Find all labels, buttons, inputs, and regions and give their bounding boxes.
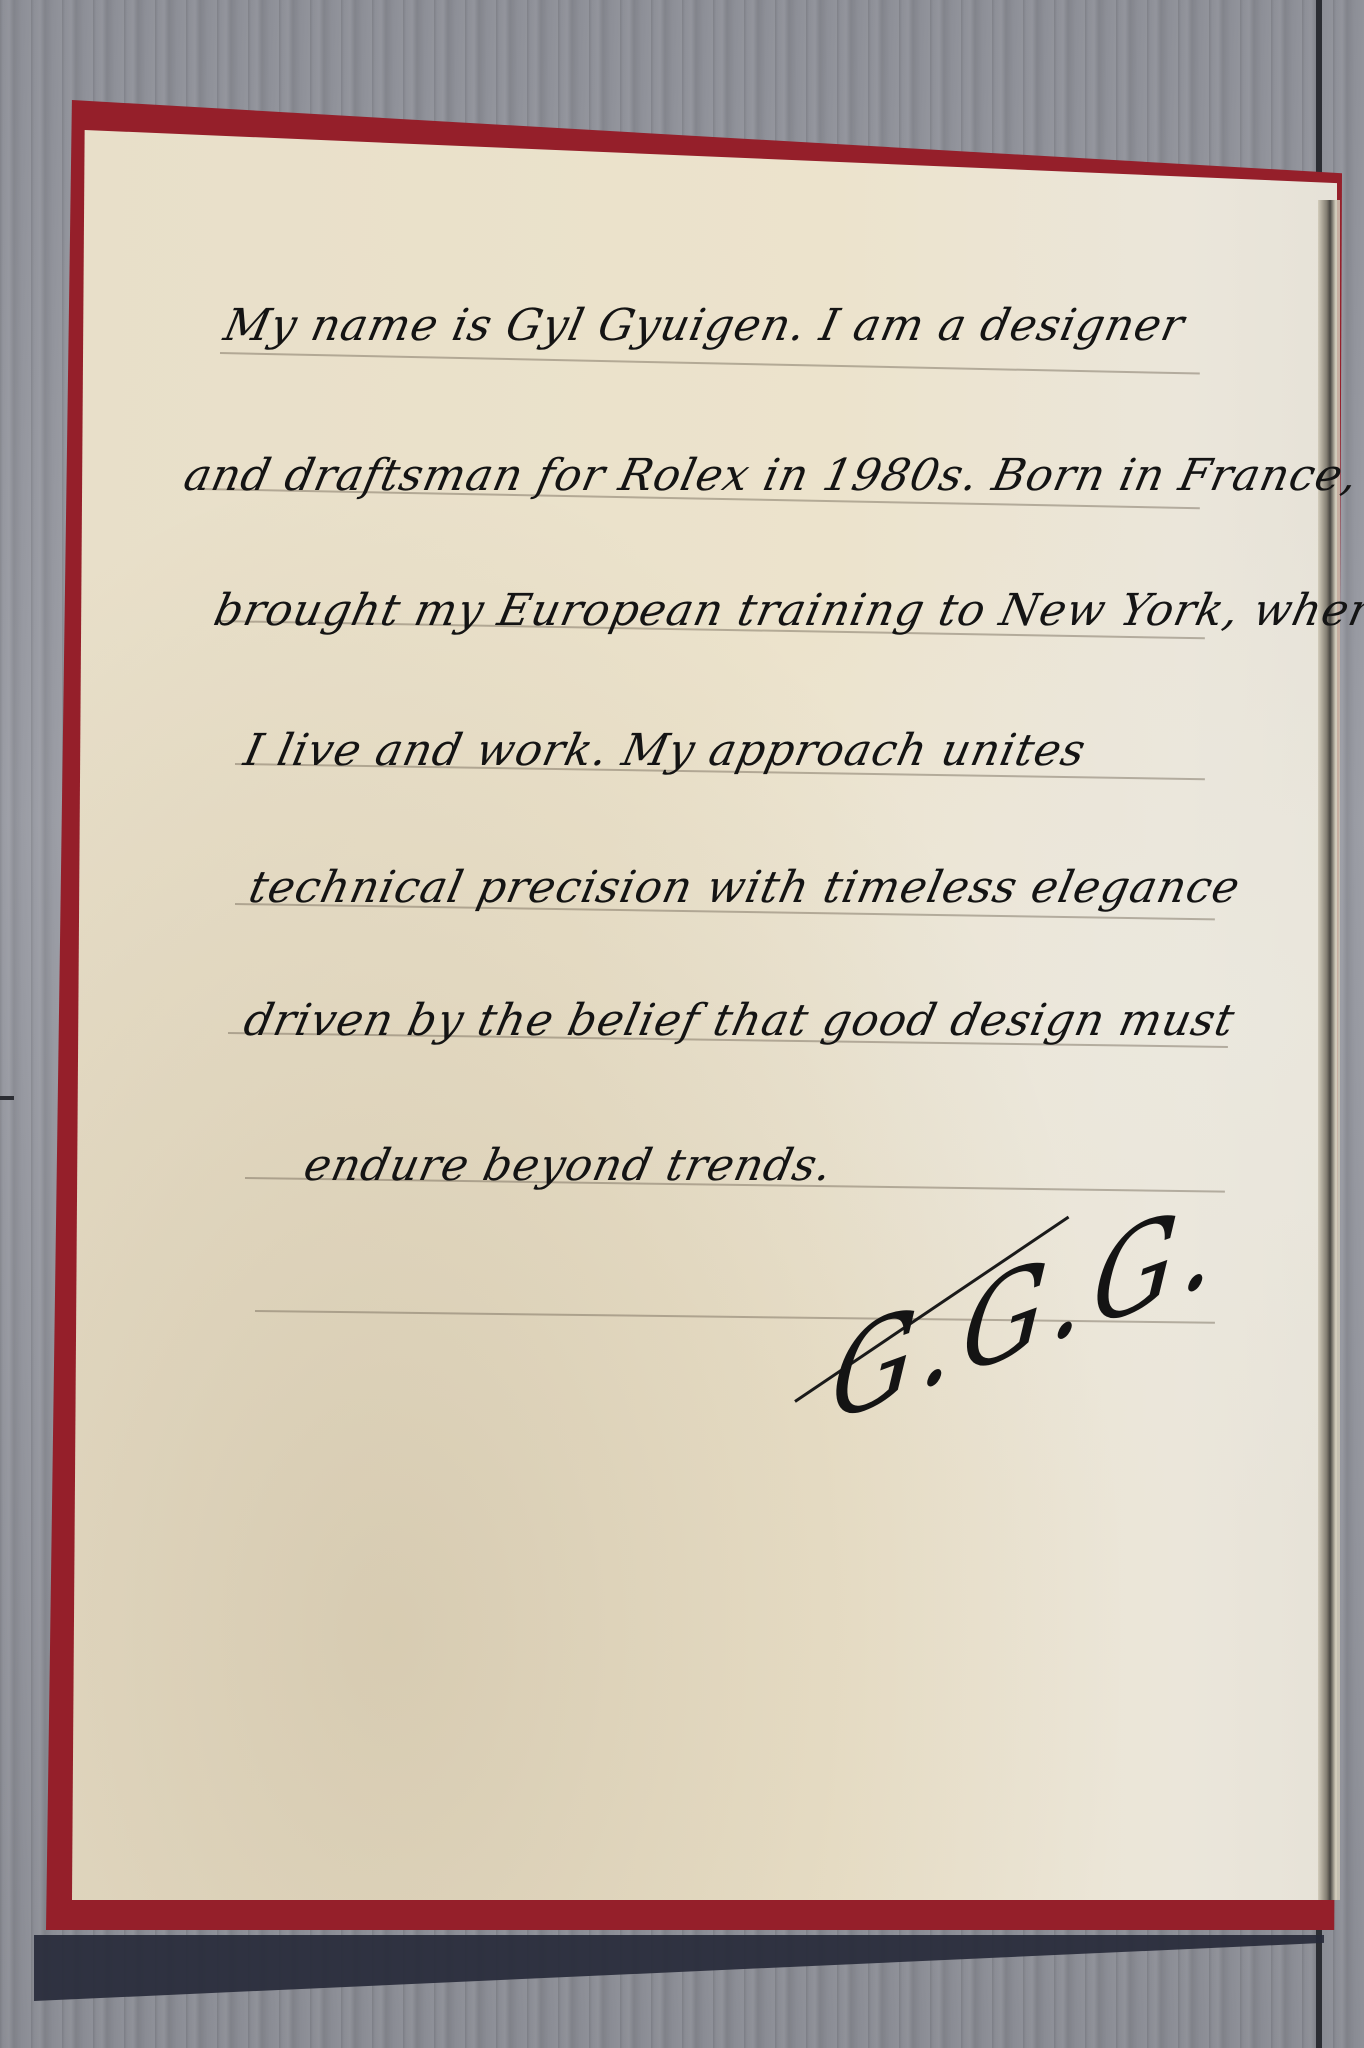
note-line-2: and draftsman for Rolex in 1980s. Born i…: [180, 450, 1364, 501]
note-line-6: driven by the belief that good design mu…: [240, 995, 1240, 1046]
wood-seam-horizontal: [0, 1096, 14, 1100]
book-shadow: [34, 1935, 1324, 2001]
note-line-7: endure beyond trends.: [300, 1140, 838, 1191]
note-line-3: brought my European training to New York…: [210, 585, 1364, 636]
note-line-4: I live and work. My approach unites: [240, 725, 1091, 776]
note-line-1: My name is Gyl Gyuigen. I am a designer: [220, 300, 1190, 351]
note-line-5: technical precision with timeless elegan…: [245, 862, 1245, 913]
